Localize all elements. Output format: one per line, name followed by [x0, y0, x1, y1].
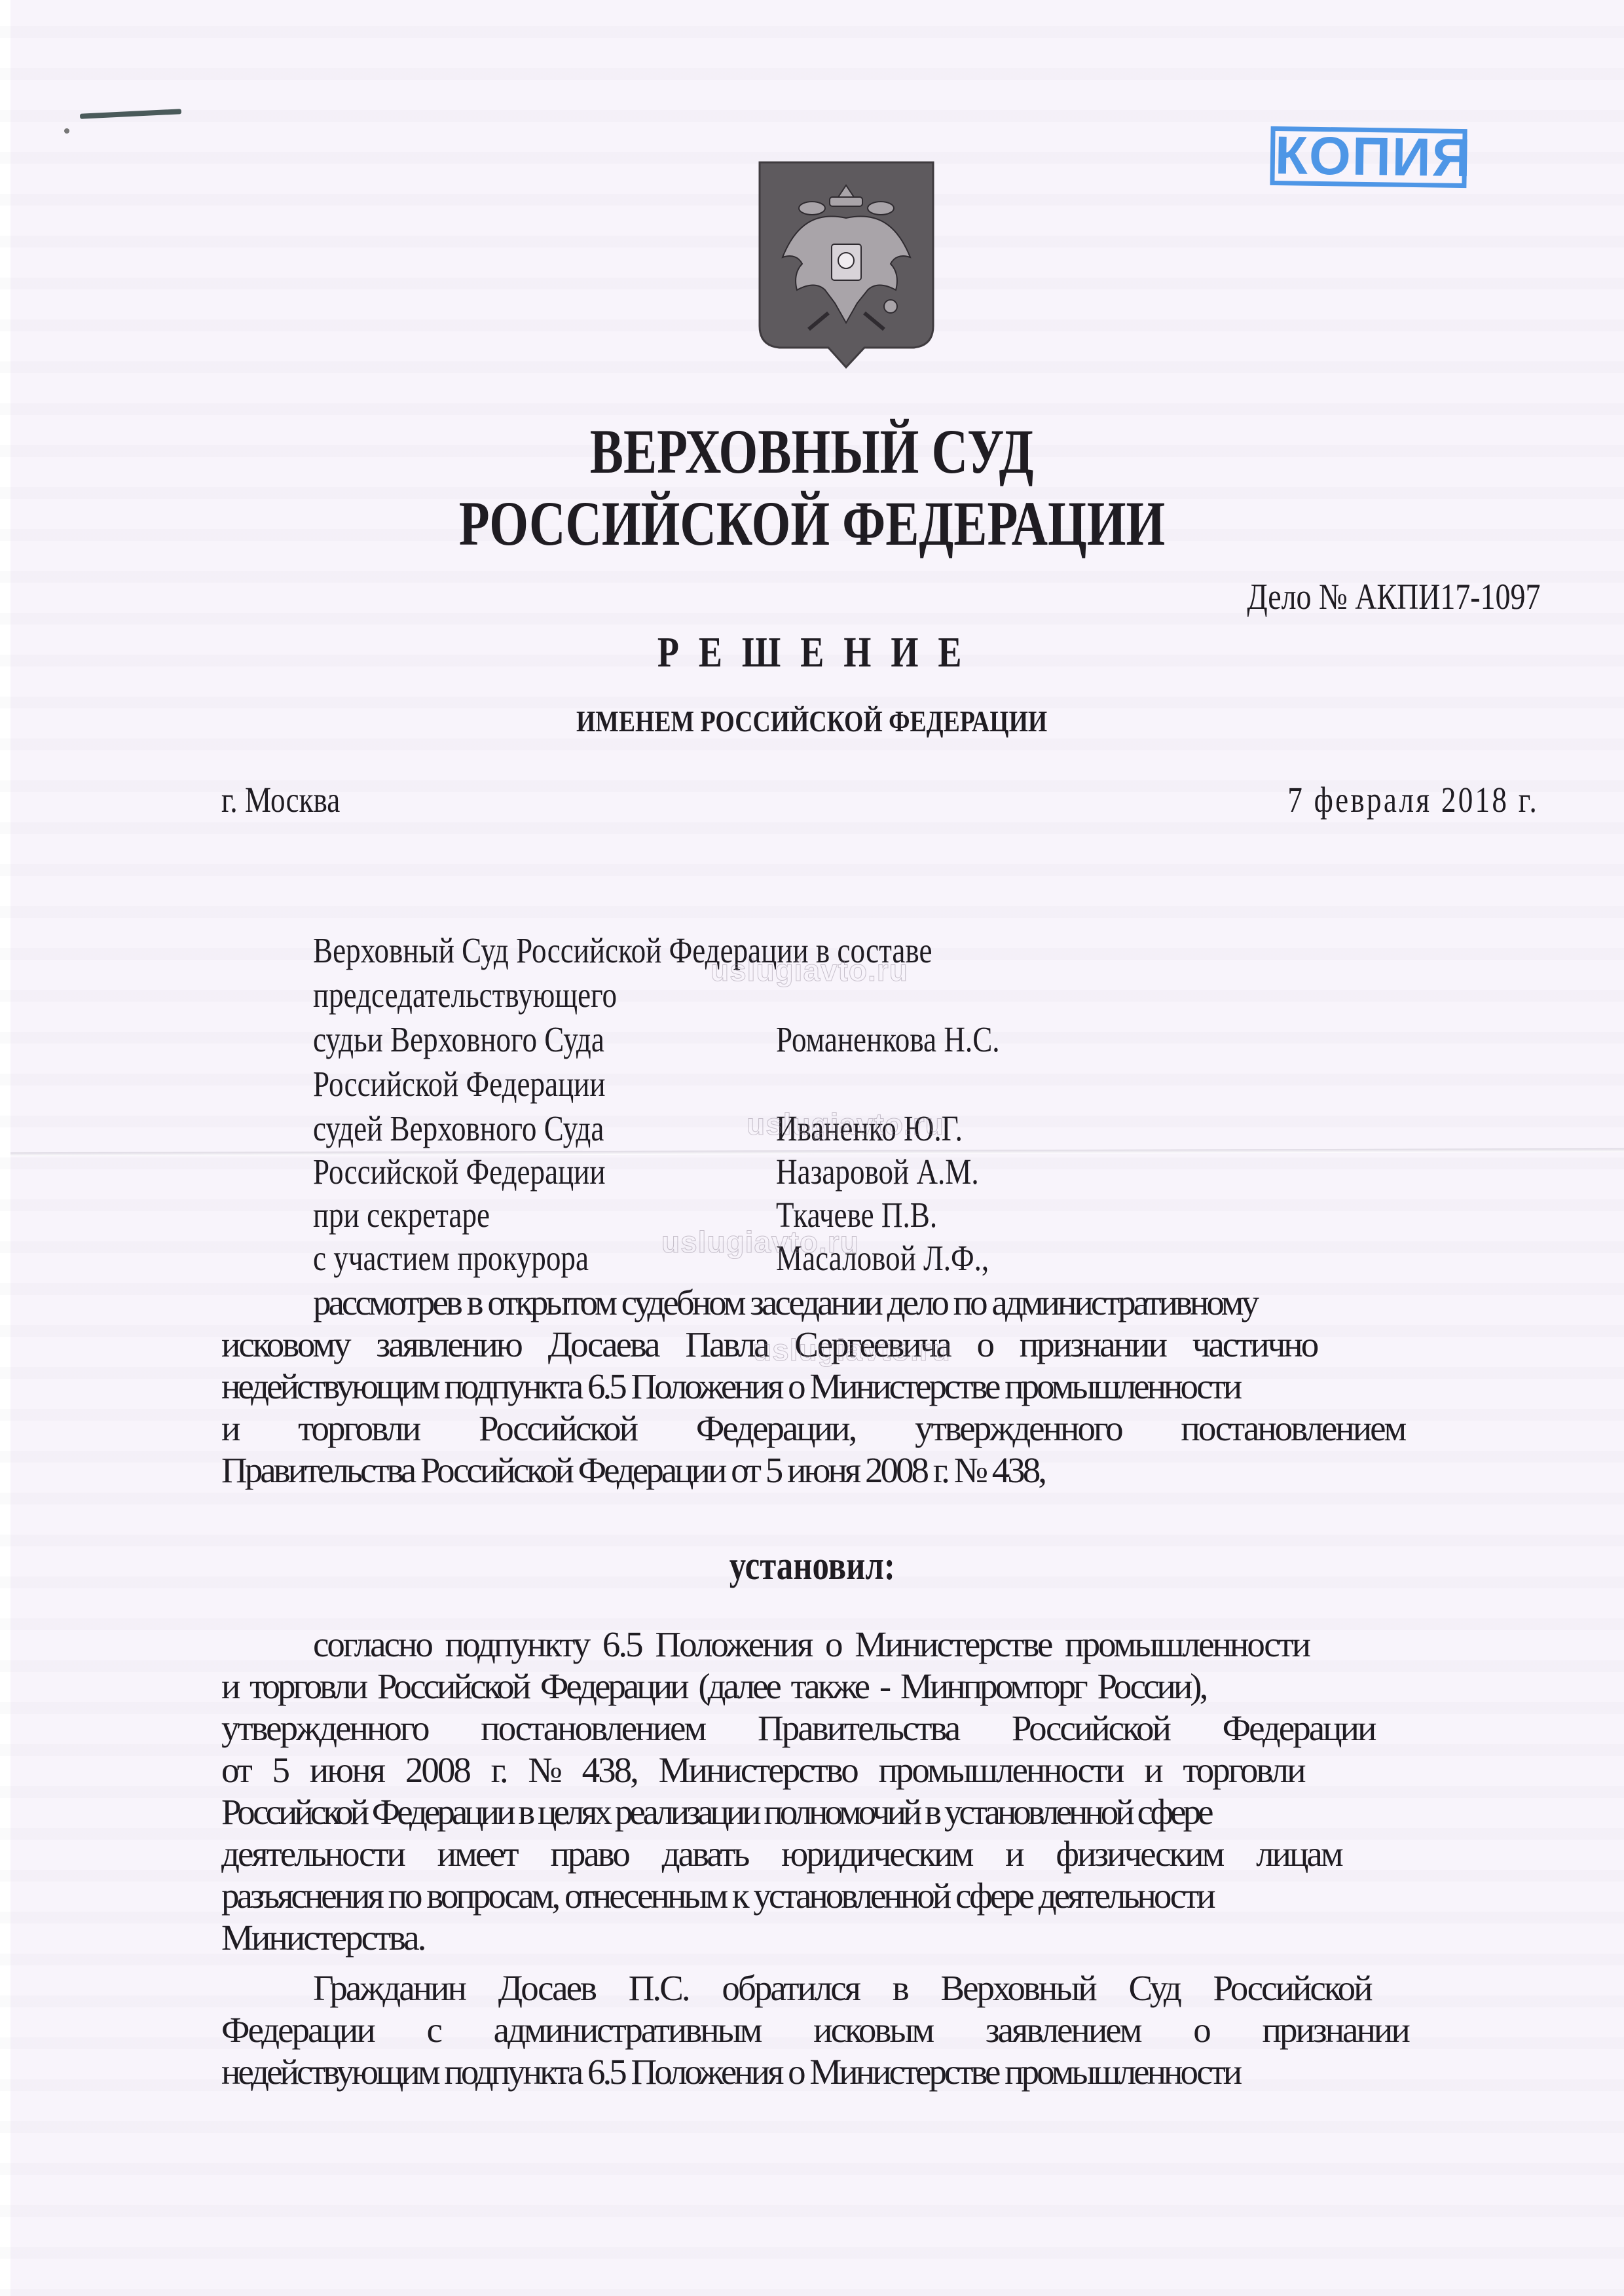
text-line: недействующим подпункта 6.5 Положения о …	[221, 1366, 1538, 1408]
composition-role: судей Верховного Суда	[313, 1108, 668, 1150]
scan-artifact-mark	[80, 109, 181, 119]
composition-role: при секретаре	[313, 1194, 528, 1236]
text-line: согласно подпункту 6.5 Положения о Минис…	[221, 1624, 1538, 1666]
text-line: утвержденного постановлением Правительст…	[221, 1707, 1538, 1749]
composition-role: Российской Федерации	[313, 1151, 670, 1193]
court-title-line1: ВЕРХОВНЫЙ СУД	[0, 419, 1624, 484]
document-subtitle: ИМЕНЕМ РОССИЙСКОЙ ФЕДЕРАЦИИ	[0, 701, 1624, 742]
text-line: Федерации с административным исковым зая…	[221, 2009, 1538, 2051]
document-type: Р Е Ш Е Н И Е	[0, 632, 1624, 674]
composition-role: с участием прокурора	[313, 1237, 649, 1279]
composition-role: судьи Верховного Суда	[313, 1019, 669, 1061]
scan-edge	[0, 0, 10, 2296]
text-line: рассмотрев в открытом судебном заседании…	[221, 1282, 1538, 1324]
case-number: Дело № АКПИ17-1097	[1183, 576, 1540, 618]
coat-of-arms-icon	[756, 159, 936, 369]
composition-role: председательствующего	[313, 974, 684, 1016]
composition-name: Назаровой А.М.	[776, 1151, 1024, 1193]
watermark: uslugiavto.ru	[747, 1106, 944, 1142]
composition-name: Романенкова Н.С.	[776, 1019, 1049, 1061]
text-line: Российской Федерации в целях реализации …	[221, 1791, 1538, 1833]
text-line: недействующим подпункта 6.5 Положения о …	[221, 2051, 1538, 2093]
composition-role: Российской Федерации	[313, 1063, 670, 1105]
watermark: uslugiavto.ru	[753, 1332, 951, 1368]
watermark: uslugiavto.ru	[661, 1224, 859, 1260]
paragraph-citizen: Гражданин Досаев П.С. обратился в Верхов…	[221, 1967, 1538, 2093]
court-title-line2: РОССИЙСКОЙ ФЕДЕРАЦИИ	[0, 491, 1624, 556]
composition-intro: Верховный Суд Российской Федерации в сос…	[313, 930, 1068, 972]
text-line: и торговли Российской Федерации (далее т…	[221, 1666, 1538, 1707]
section-heading: установил:	[0, 1545, 1624, 1587]
date: 7 февраля 2018 г.	[1232, 779, 1539, 821]
text-line: разъяснения по вопросам, отнесенным к ус…	[221, 1875, 1538, 1917]
text-line: Министерства.	[221, 1917, 1538, 1959]
text-line: и торговли Российской Федерации, утвержд…	[221, 1408, 1538, 1449]
paragraph-considered: рассмотрев в открытом судебном заседании…	[221, 1282, 1538, 1491]
city: г. Москва	[221, 779, 366, 821]
copy-stamp: КОПИЯ	[1270, 126, 1467, 188]
watermark: uslugiavto.ru	[710, 953, 908, 988]
text-line: от 5 июня 2008 г. № 438, Министерство пр…	[221, 1749, 1538, 1791]
copy-stamp-label: КОПИЯ	[1274, 126, 1472, 188]
text-line: Правительства Российской Федерации от 5 …	[221, 1449, 1538, 1491]
text-line: деятельности имеет право давать юридичес…	[221, 1833, 1538, 1875]
paragraph-according: согласно подпункту 6.5 Положения о Минис…	[221, 1624, 1538, 1959]
scan-artifact-dot	[64, 128, 69, 134]
text-line: Гражданин Досаев П.С. обратился в Верхов…	[221, 1967, 1538, 2009]
